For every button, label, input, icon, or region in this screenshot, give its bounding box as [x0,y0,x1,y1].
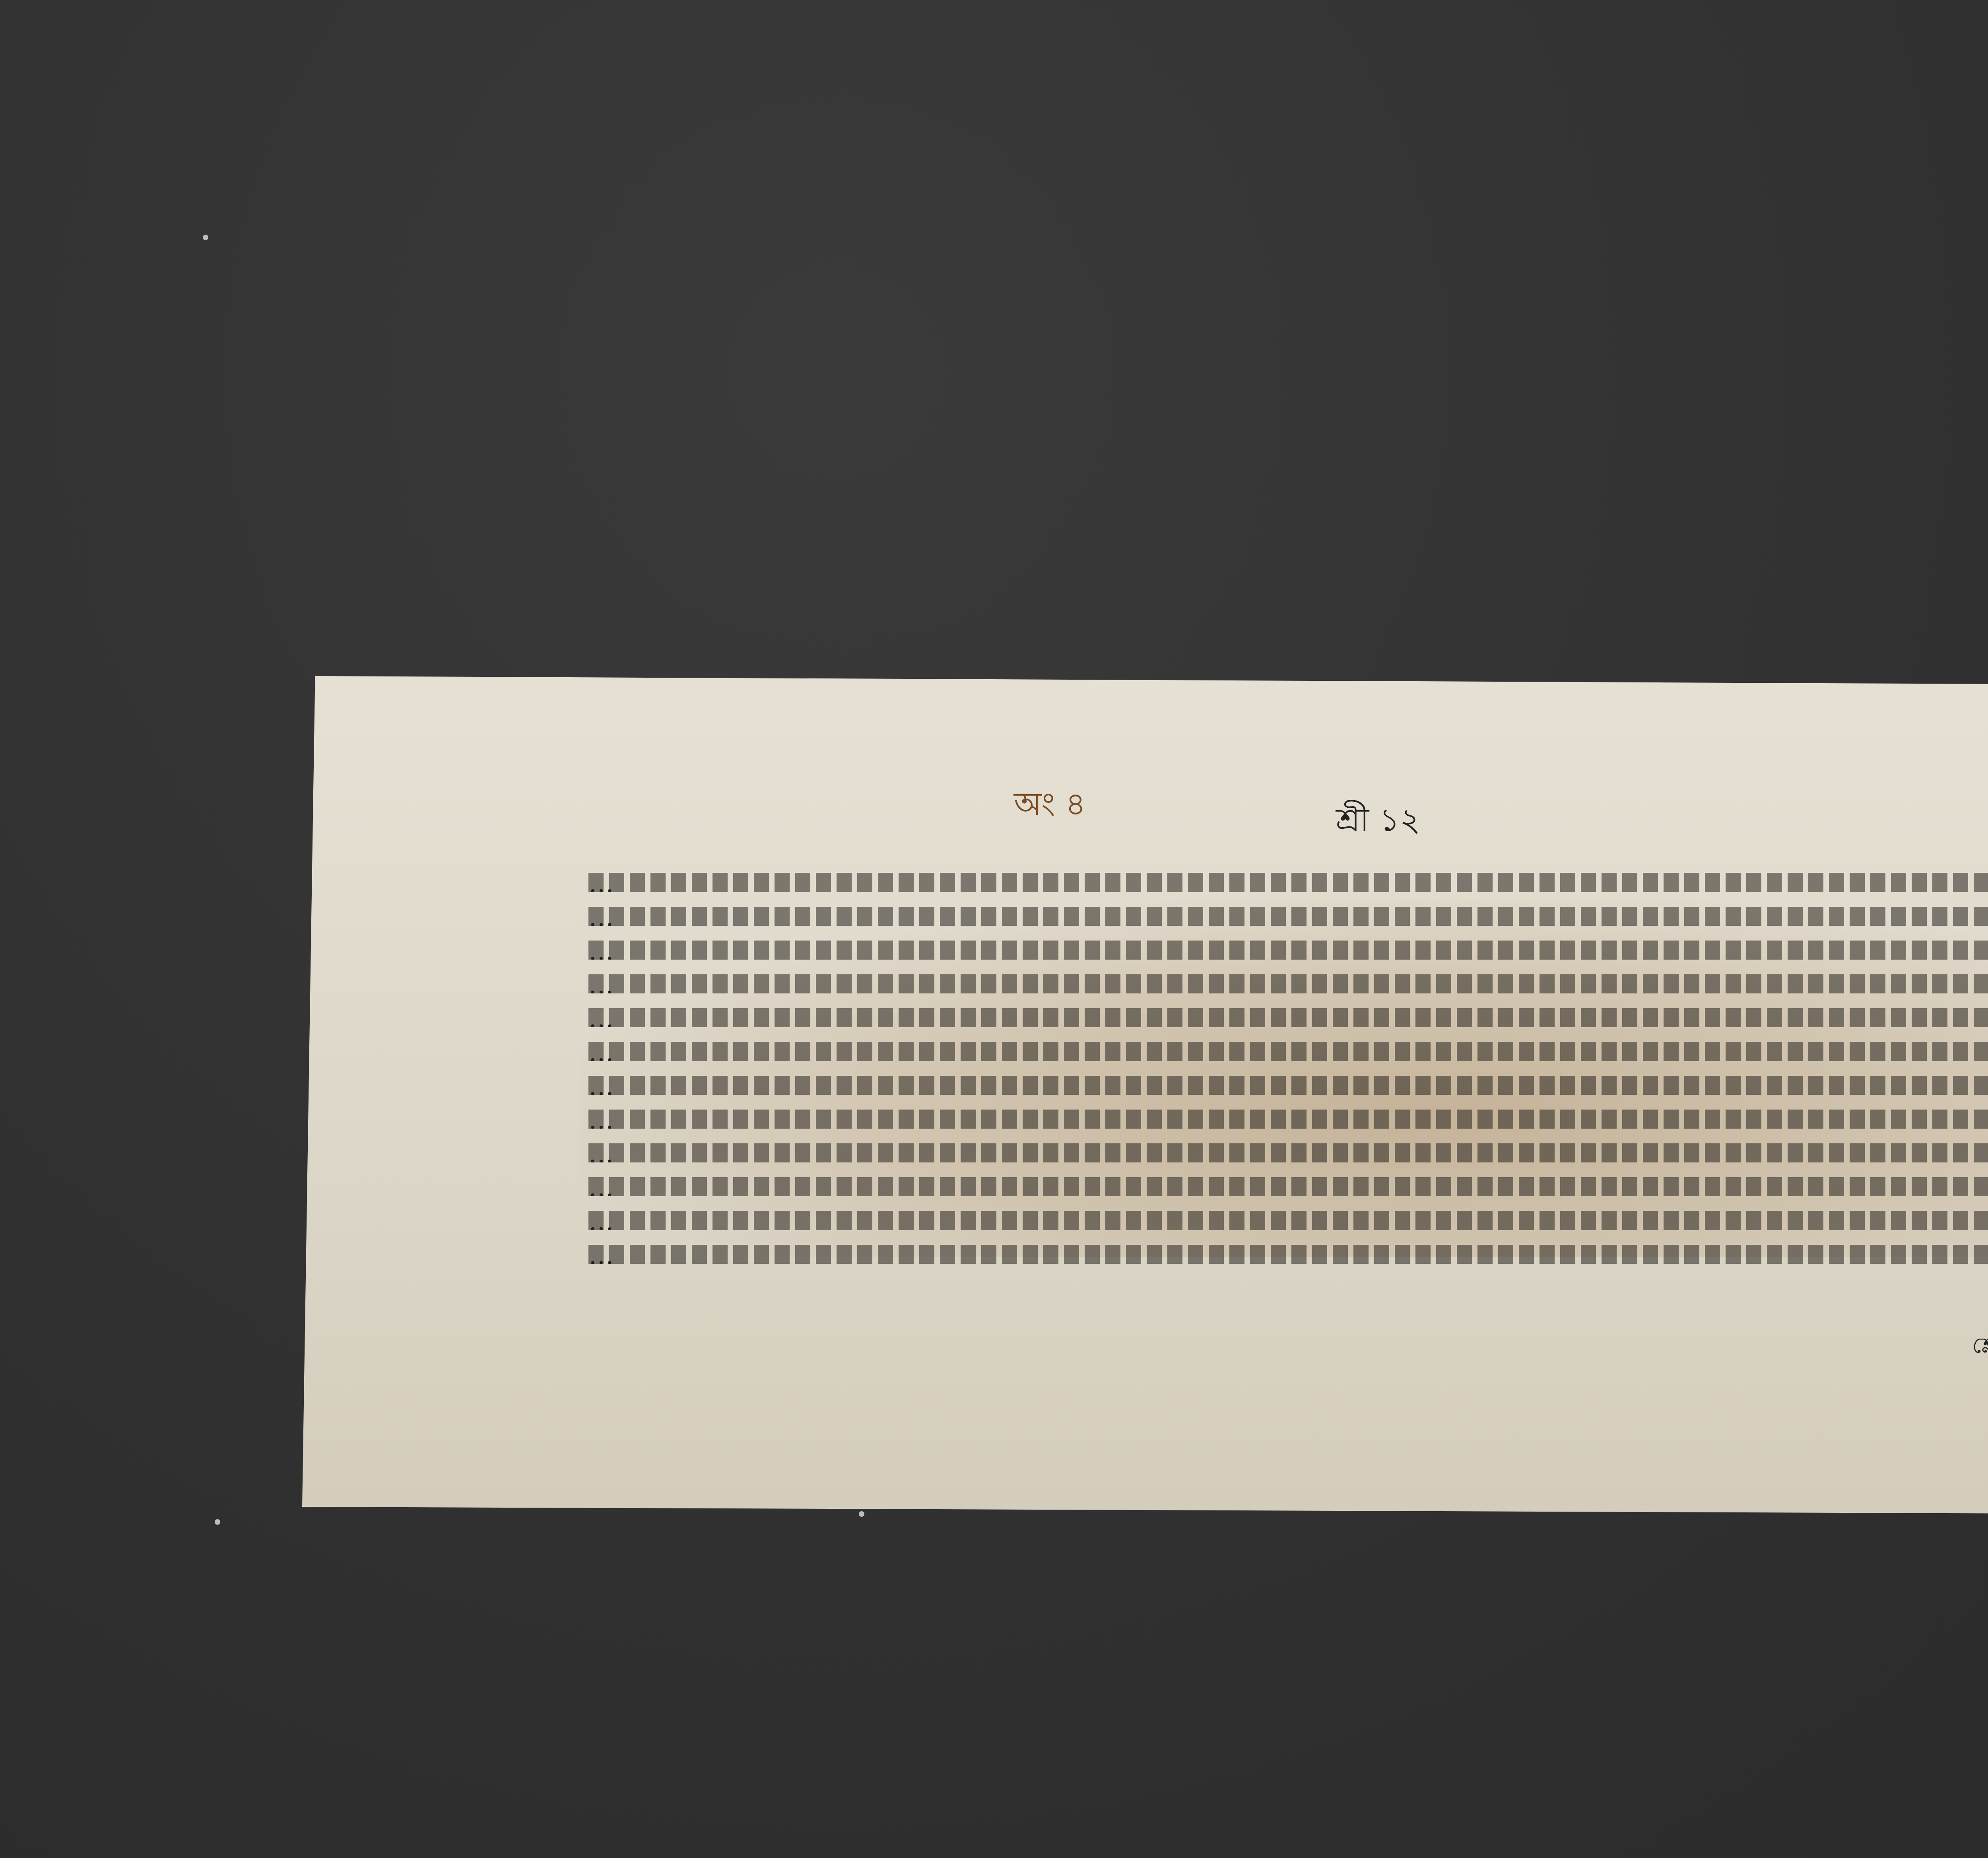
dust-speck [215,1519,220,1525]
text-line: … [588,1205,1988,1239]
text-line: … [588,1002,1988,1036]
text-line: … [588,867,1988,901]
dust-speck [203,235,208,240]
manuscript-leaf: অং ৪ শ্রী ১২ … … … … … … … … … … … … শ্ল… [302,676,1988,1515]
manuscript-body: … … … … … … … … … … … … [588,867,1988,1273]
text-line: … [588,968,1988,1002]
text-line: … [588,935,1988,968]
text-line: … [588,1036,1988,1070]
text-line: … [588,1171,1988,1205]
folio-label-center: শ্রী ১২ [1336,795,1421,849]
text-line: … [588,901,1988,935]
text-line: … [588,1137,1988,1171]
verse-label: শ্লোক ৬ [1972,1328,1988,1366]
text-line: … [588,1104,1988,1137]
text-line: … [588,1239,1988,1273]
text-line: … [588,1070,1988,1104]
dust-speck [859,1511,864,1517]
folio-label-left: অং ৪ [1014,779,1086,833]
